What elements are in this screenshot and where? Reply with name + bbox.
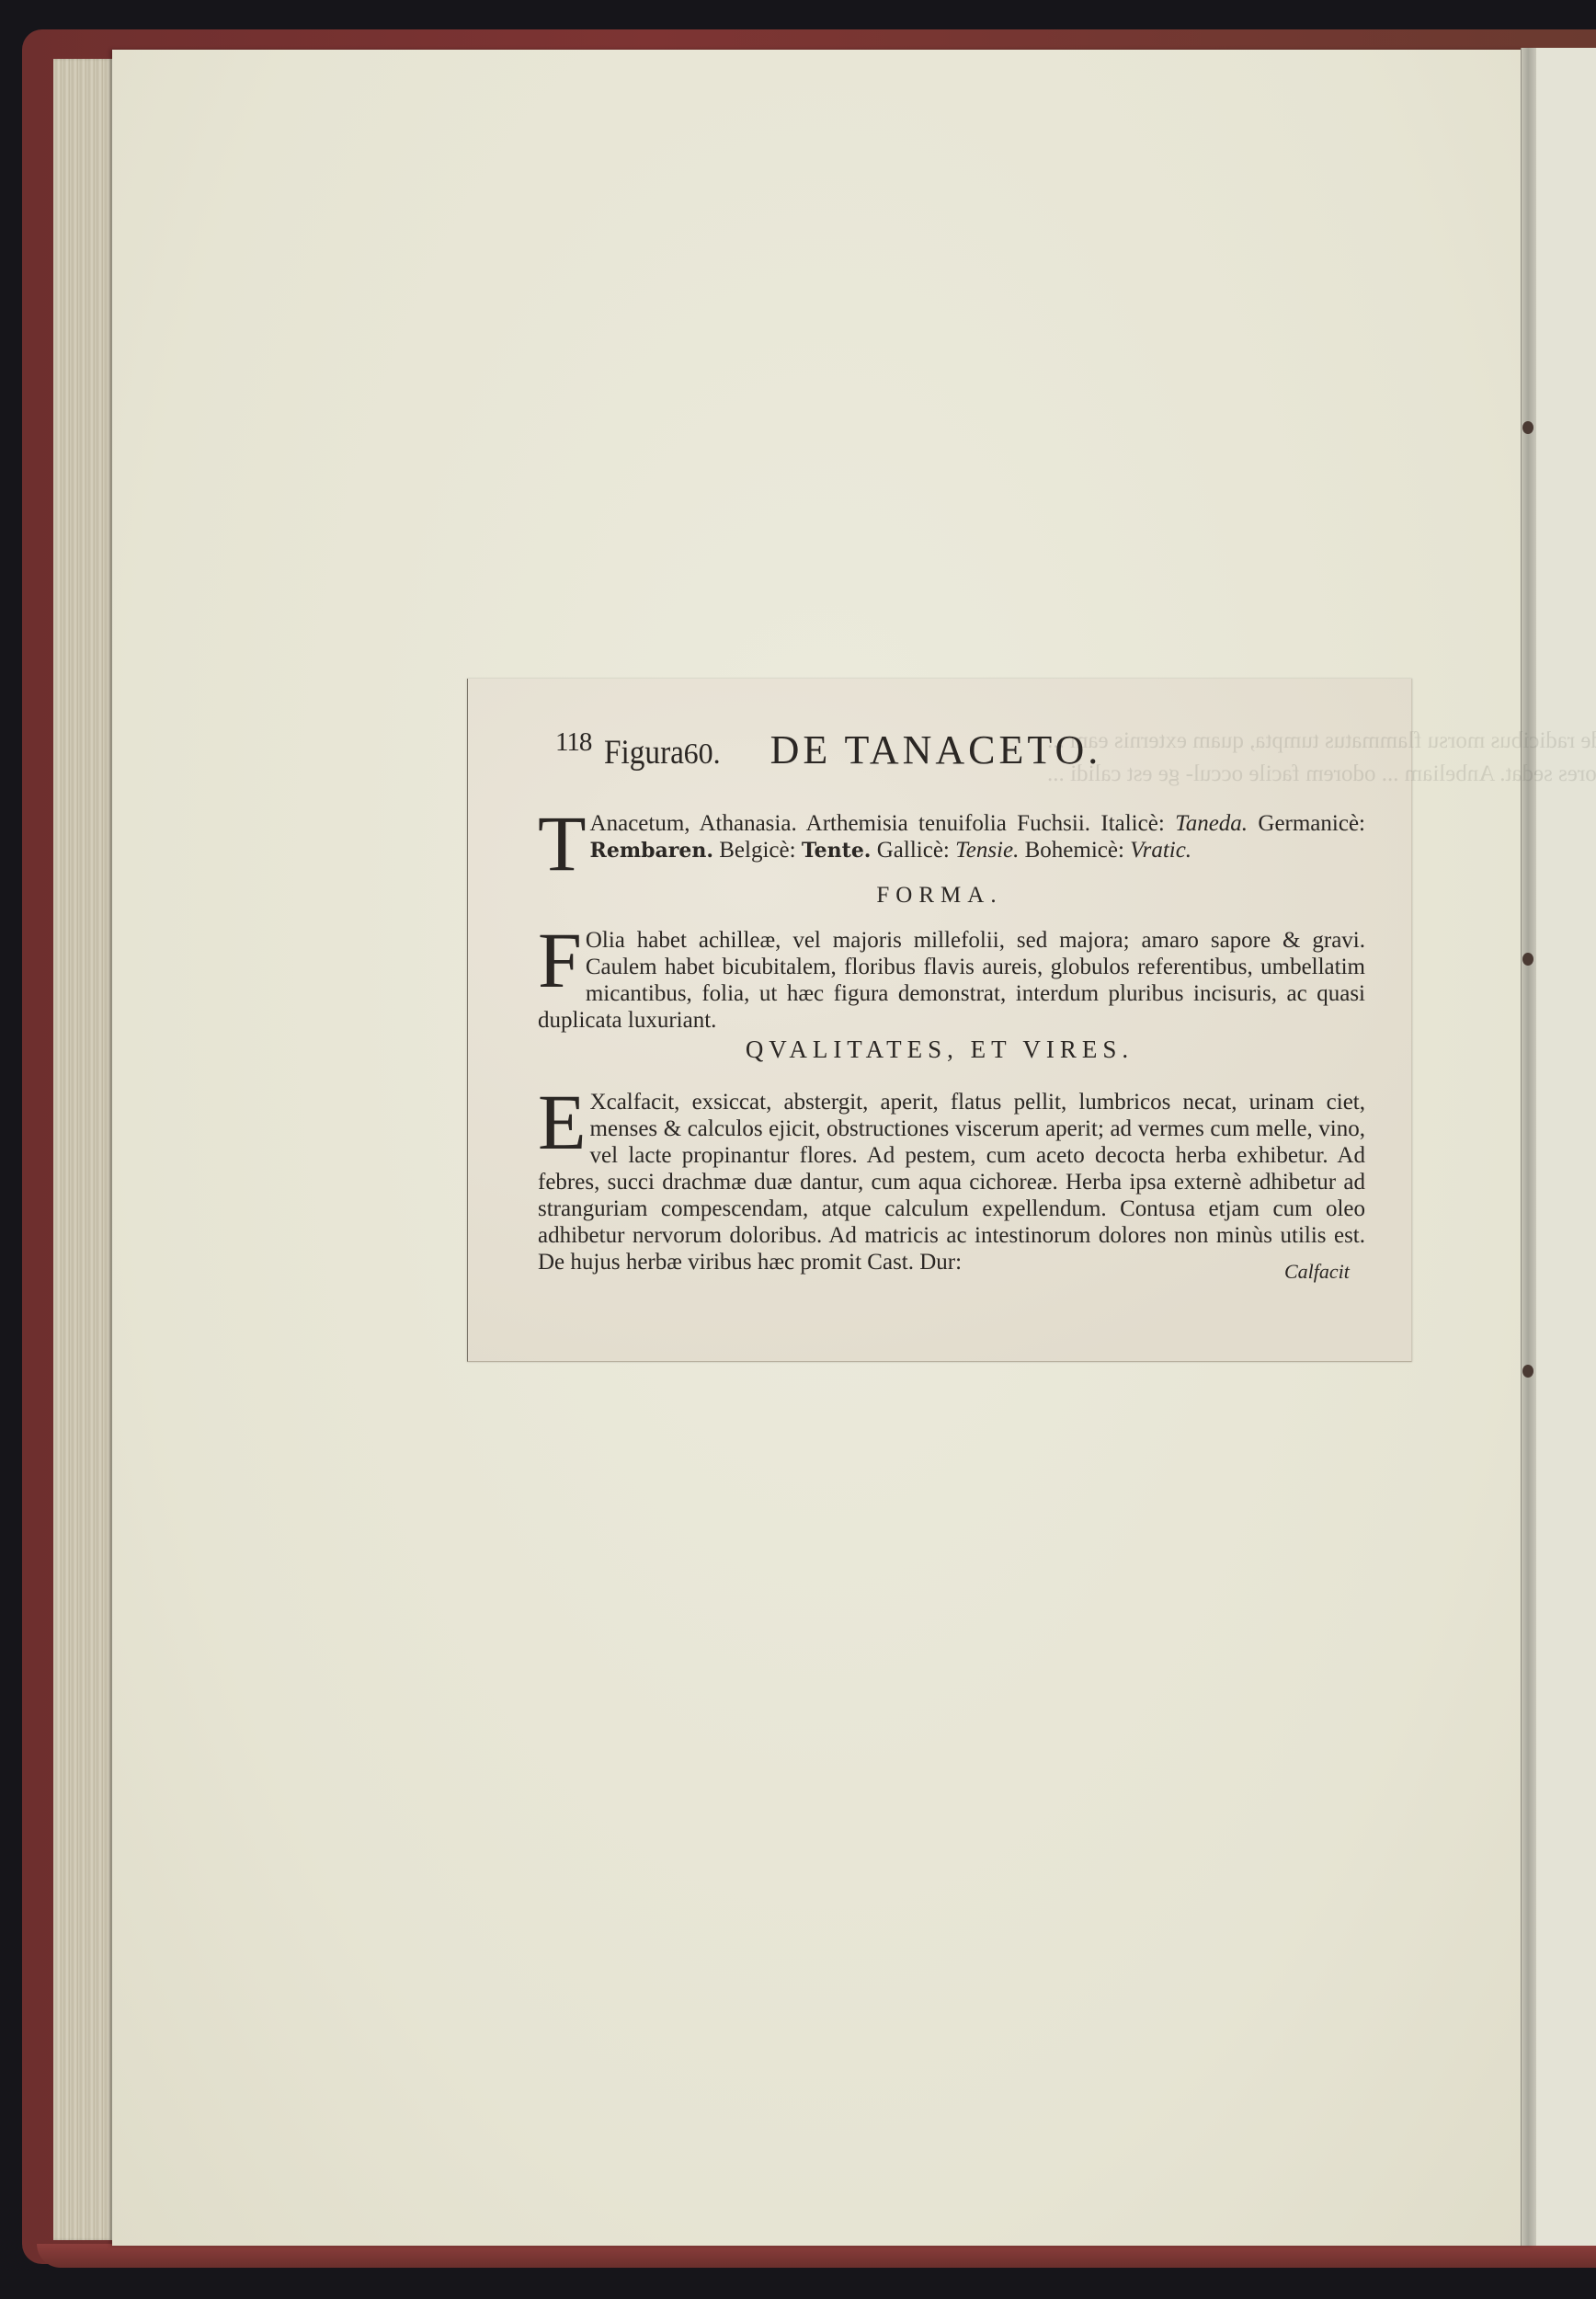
title-row: Figura 60. DE TANACETO. — [604, 726, 1101, 782]
pasted-text-slip: minibus frigidis ... de radicibus morsu … — [467, 679, 1412, 1362]
page-block-edges — [53, 59, 112, 2240]
binding-hole — [1522, 421, 1533, 434]
page-title: DE TANACETO. — [770, 727, 1102, 772]
dropcap: T — [538, 814, 587, 873]
section-heading-qualitates: QVALITATES, ET VIRES. — [468, 1035, 1411, 1064]
catchword: Calfacit — [1284, 1260, 1350, 1284]
nomina-paragraph: TAnacetum, Athanasia. Arthemisia tenuifo… — [538, 810, 1365, 873]
qualitates-paragraph: EXcalfacit, exsiccat, abstergit, aperit,… — [538, 1089, 1365, 1275]
name-bohemian: Vratic. — [1130, 838, 1191, 863]
page-fold-gutter — [1521, 48, 1536, 2246]
forma-paragraph: FOlia habet achilleæ, vel majoris millef… — [538, 927, 1365, 1034]
name-dutch: Tente. — [802, 839, 872, 863]
name-italian: Taneda. — [1175, 811, 1248, 836]
figure-number: 60. — [684, 737, 721, 770]
figure-label: Figura — [604, 733, 684, 772]
section-heading-forma: FORMA. — [468, 883, 1411, 909]
facing-page-strip — [1533, 48, 1596, 2246]
binding-hole — [1522, 1365, 1533, 1378]
book-binding-bottom-edge — [37, 2244, 1596, 2268]
binding-hole — [1522, 953, 1533, 966]
dropcap: E — [538, 1092, 587, 1151]
name-french: Tensie. — [955, 838, 1019, 863]
page-number: 118 — [555, 727, 591, 758]
dropcap: F — [538, 931, 582, 989]
name-german: Rembaren. — [590, 839, 713, 863]
